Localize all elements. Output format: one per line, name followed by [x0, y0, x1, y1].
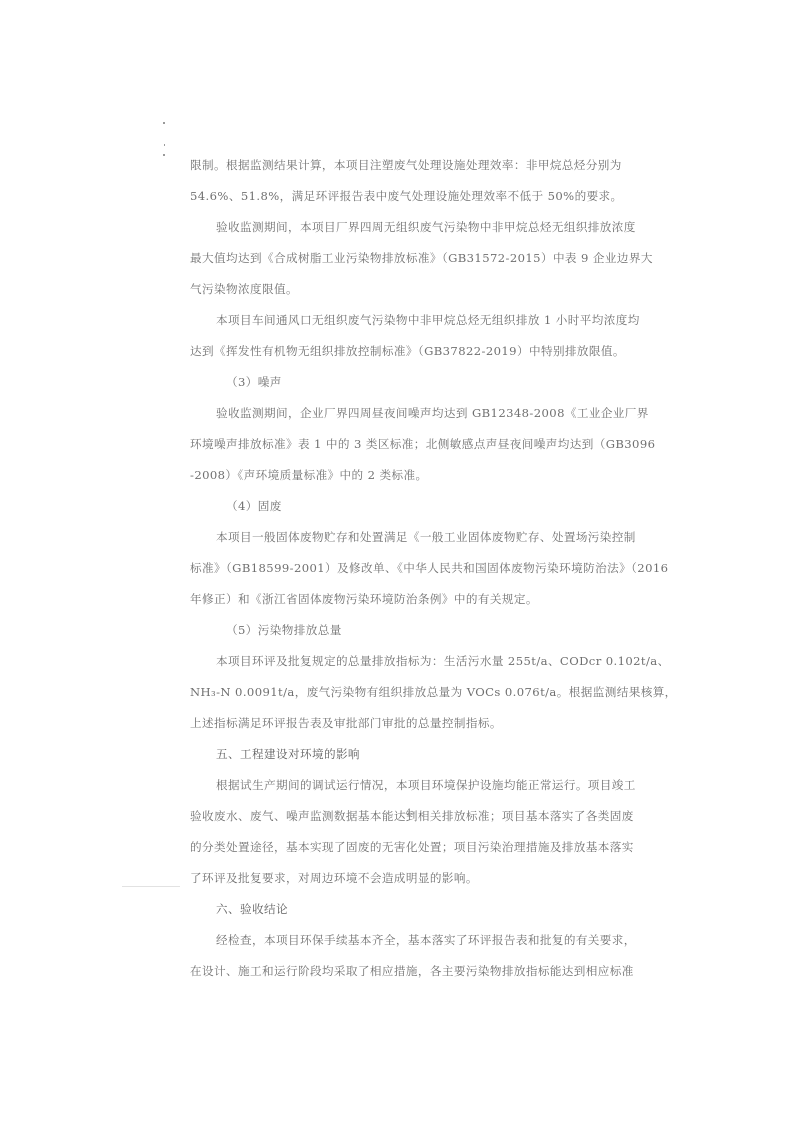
paragraph-line: 54.6%、51.8%，满足环评报告表中废气处理设施处理效率不低于 50%的要求…: [190, 186, 623, 206]
paragraph-line: 验收监测期间，本项目厂界四周无组织废气污染物中非甲烷总烃无组织排放浓度: [216, 217, 636, 237]
scan-speck: [163, 154, 165, 156]
paragraph-line: 在设计、施工和运行阶段均采取了相应措施，各主要污染物排放指标能达到相应标准: [190, 961, 634, 981]
paragraph-line: 最大值均达到《合成树脂工业污染物排放标准》（GB31572-2015）中表 9 …: [190, 248, 653, 268]
paragraph-line: 上述指标满足环评报告表及审批部门审批的总量控制指标。: [190, 713, 502, 733]
paragraph-line: 本项目车间通风口无组织废气污染物中非甲烷总烃无组织排放 1 小时平均浓度均: [216, 310, 640, 330]
section-subheading-noise: （3）噪声: [226, 372, 282, 392]
paragraph-line: 年修正）和《浙江省固体废物污染环境防治条例》中的有关规定。: [190, 589, 538, 609]
page-number: -4-: [402, 808, 415, 819]
paragraph-line: 本项目环评及批复规定的总量排放指标为：生活污水量 255t/a、CODcr 0.…: [216, 651, 670, 671]
paragraph-line: 限制。根据监测结果计算，本项目注塑废气处理设施处理效率：非甲烷总烃分别为: [190, 155, 622, 175]
section-subheading-total-emissions: （5）污染物排放总量: [226, 620, 342, 640]
paragraph-line: 经检查，本项目环保手续基本齐全，基本落实了环评报告表和批复的有关要求，: [216, 930, 636, 950]
paragraph-line: 的分类处置途径，基本实现了固废的无害化处置；项目污染治理措施及排放基本落实: [190, 837, 634, 857]
section-heading-environmental-impact: 五、工程建设对环境的影响: [216, 744, 360, 764]
paragraph-line: 根据试生产期间的调试运行情况，本项目环境保护设施均能正常运行。项目竣工: [216, 775, 636, 795]
paragraph-line: 环境噪声排放标准》表 1 中的 3 类区标准；北侧敏感点声昼夜间噪声均达到（GB…: [190, 434, 655, 454]
paragraph-line: 标准》（GB18599-2001）及修改单、《中华人民共和国固体废物污染环境防治…: [190, 558, 668, 578]
scanned-page: 限制。根据监测结果计算，本项目注塑废气处理设施处理效率：非甲烷总烃分别为 54.…: [0, 0, 800, 1131]
paragraph-line: -2008）《声环境质量标准》中的 2 类标准。: [190, 465, 427, 485]
paragraph-line: 本项目一般固体废物贮存和处置满足《一般工业固体废物贮存、处置场污染控制: [216, 527, 636, 547]
scan-speck: [163, 122, 165, 124]
paragraph-line: 气污染物浓度限值。: [190, 279, 298, 299]
scan-speck: [164, 144, 165, 146]
scan-artifact-rule: [122, 886, 180, 887]
section-heading-acceptance-conclusion: 六、验收结论: [216, 899, 288, 919]
section-subheading-solid-waste: （4）固废: [226, 496, 282, 516]
paragraph-line: 了环评及批复要求，对周边环境不会造成明显的影响。: [190, 868, 478, 888]
paragraph-line: 验收监测期间，企业厂界四周昼夜间噪声均达到 GB12348-2008《工业企业厂…: [216, 403, 649, 423]
paragraph-line: NH₃-N 0.0091t/a，废气污染物有组织排放总量为 VOCs 0.076…: [190, 682, 677, 702]
paragraph-line: 达到《挥发性有机物无组织排放控制标准》（GB37822-2019）中特别排放限值…: [190, 341, 625, 361]
